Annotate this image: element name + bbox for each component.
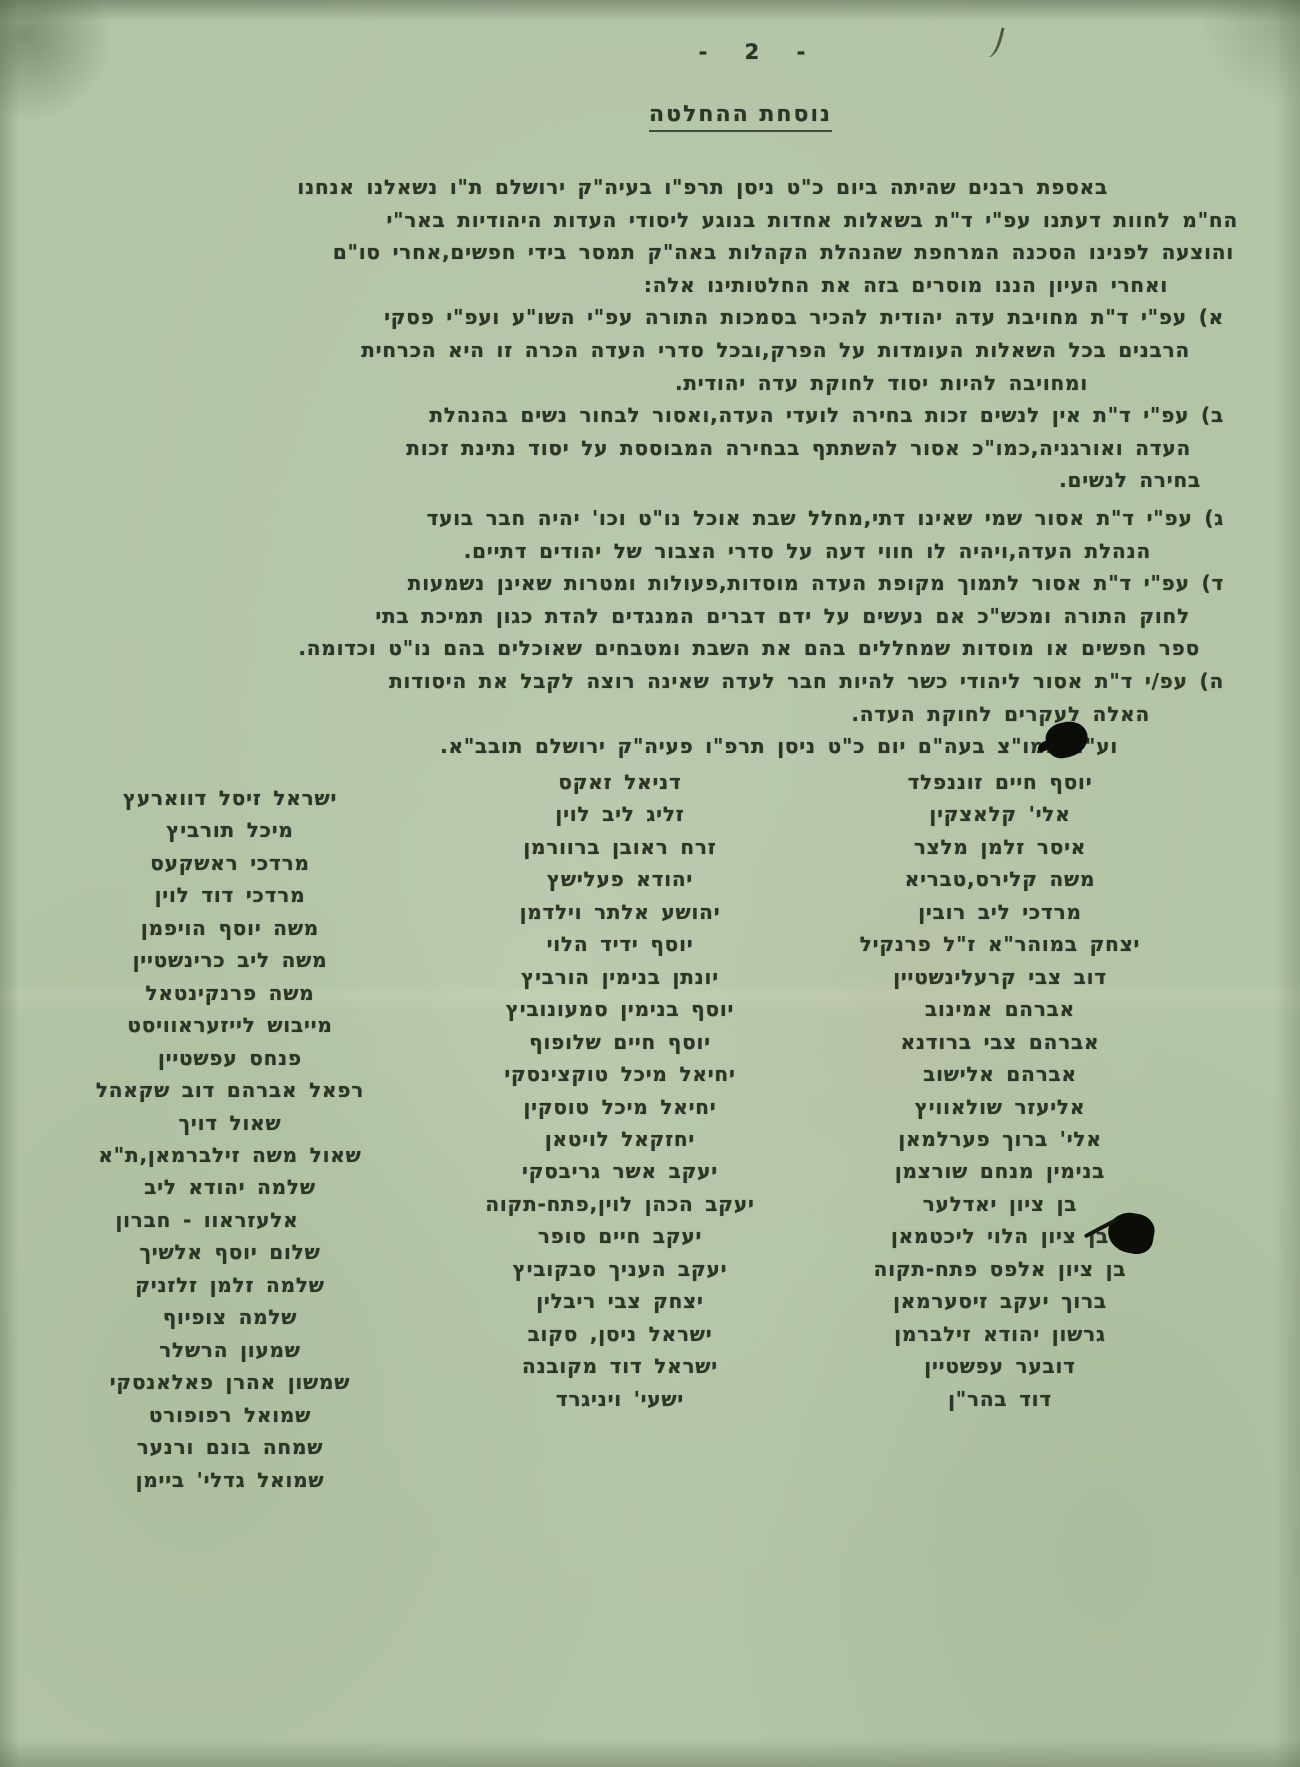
signature-name: שמעון הרשלר xyxy=(20,1334,440,1366)
signature-name: יחיאל מיכל טוסקין xyxy=(380,1091,860,1123)
signature-name: אלעזראוו - חברון xyxy=(20,1204,394,1236)
signature-name: יצחק צבי ריבלין xyxy=(380,1285,860,1317)
signature-name: יוסף ידיד הלוי xyxy=(380,928,860,960)
signature-name: יעקב העניך סבקוביץ xyxy=(380,1253,860,1285)
scanned-document-page: - 2 - נוסחת ההחלטה באספת רבנים שהיתה ביו… xyxy=(0,0,1300,1767)
signature-name: משה ליב כרינשטיין xyxy=(20,944,440,976)
decision-text: באספת רבנים שהיתה ביום כ"ט ניסן תרפ"ו בע… xyxy=(28,171,1238,763)
signature-name: ישראל זיסל דווארעץ xyxy=(20,782,440,814)
signature-name: שלמה זלמן זלזניק xyxy=(20,1269,440,1301)
signature-name: שאול משה זילברמאן,ת"א xyxy=(20,1139,440,1171)
signature-name: שמואל רפופורט xyxy=(20,1399,440,1431)
signature-name: שמחה בונם ורנער xyxy=(20,1431,440,1463)
pen-mark xyxy=(984,25,1004,59)
signature-name: שמשון אהרן פאלאנסקי xyxy=(20,1366,440,1398)
body-line: הנהלת העדה,ויהיה לו חווי דעה על סדרי הצב… xyxy=(28,535,1151,568)
body-line: ספר חפשים או מוסדות שמחללים בהם את השבת … xyxy=(28,632,1200,665)
signature-name: יהודא פעלישץ xyxy=(380,863,860,895)
signature-name: זליג ליב לוין xyxy=(380,798,860,830)
signature-name: דניאל זאקס xyxy=(380,766,860,798)
signature-name: ישראל ניסן, סקוב xyxy=(380,1318,860,1350)
signature-name: מייבוש לייזעראוויסט xyxy=(20,1009,440,1041)
signature-name: יחיאל מיכל טוקצינסקי xyxy=(380,1058,860,1090)
body-line-item-c: ג) עפ"י ד"ת אסור שמי שאינו דתי,מחלל שבת … xyxy=(28,502,1224,535)
signature-name: ישראל דוד מקובנה xyxy=(380,1350,860,1382)
signature-name: מרדכי ראשקעס xyxy=(20,847,440,879)
signature-name: יחזקאל לויטאן xyxy=(380,1123,860,1155)
body-line-closing: וע"ד אמו"צ בעה"ם יום כ"ט ניסן תרפ"ו פעיה… xyxy=(28,730,1118,763)
signature-name: משה פרנקינטאל xyxy=(20,977,440,1009)
signature-name: רפאל אברהם דוב שקאהל xyxy=(20,1074,440,1106)
signature-name: יונתן בנימין הורביץ xyxy=(380,961,860,993)
body-line-item-a: א) עפ"י ד"ת מחויבת עדה יהודית להכיר בסמכ… xyxy=(28,301,1224,334)
signature-name: יעקב אשר גריבסקי xyxy=(380,1155,860,1187)
signature-name: ישעי' ויניגרד xyxy=(380,1383,860,1415)
signature-name: שמואל גדלי' ביימן xyxy=(20,1464,440,1496)
body-line: הח"מ לחוות דעתנו עפ"י ד"ת בשאלות אחדות ב… xyxy=(28,204,1238,237)
body-line: בחירה לנשים. xyxy=(28,464,1201,497)
body-line: לחוק התורה ומכש"כ אם נעשים על ידם דברים … xyxy=(28,600,1190,633)
body-line-item-b: ב) עפ"י ד"ת אין לנשים זכות בחירה לועדי ה… xyxy=(28,399,1224,432)
signature-name: שלום יוסף אלשיך xyxy=(20,1236,440,1268)
body-line-item-d: ד) עפ"י ד"ת אסור לתמוך מקופת העדה מוסדות… xyxy=(28,567,1224,600)
body-line: והוצעה לפנינו הסכנה המרחפת שהנהלת הקהלות… xyxy=(28,236,1234,269)
signature-name: יעקב הכהן לוין,פתח-תקוה xyxy=(380,1188,860,1220)
body-line: ואחרי העיון הננו מוסרים בזה את החלטותינו… xyxy=(28,269,1168,302)
signature-name: יוסף בנימין סמעונוביץ xyxy=(380,993,860,1025)
body-line: ומחויבה להיות יסוד לחוקת עדה יהודית. xyxy=(28,367,1088,400)
document-title: נוסחת ההחלטה xyxy=(649,102,832,132)
signatures-column-left: ישראל זיסל דווארעץמיכל תורביץמרדכי ראשקע… xyxy=(20,782,440,1496)
signatures-column-middle: דניאל זאקסזליג ליב לויןזרח ראובן ברוורמן… xyxy=(380,766,860,1415)
signature-name: מרדכי דוד לוין xyxy=(20,879,440,911)
signature-name: זרח ראובן ברוורמן xyxy=(380,831,860,863)
body-line: הרבנים בכל השאלות העומדות על הפרק,ובכל ס… xyxy=(28,334,1190,367)
body-line: האלה לעקרים לחוקת העדה. xyxy=(28,698,1150,731)
signature-name: יוסף חיים שלופוף xyxy=(380,1026,860,1058)
signature-name: שאול דויך xyxy=(20,1107,440,1139)
body-line: העדה ואורגניה,כמו"כ אסור להשתתף בבחירה ה… xyxy=(28,432,1191,465)
signature-name: שלמה יהודא ליב xyxy=(20,1171,440,1203)
signature-name: משה יוסף הויפמן xyxy=(20,912,440,944)
signature-name: שלמה צופיוף xyxy=(20,1301,440,1333)
signature-name: מיכל תורביץ xyxy=(20,814,440,846)
page-number: - 2 - xyxy=(683,40,823,64)
signature-name: יעקב חיים סופר xyxy=(380,1220,860,1252)
signature-name: יהושע אלתר וילדמן xyxy=(380,896,860,928)
body-line: באספת רבנים שהיתה ביום כ"ט ניסן תרפ"ו בע… xyxy=(28,171,1108,204)
body-line-item-e: ה) עפ/י ד"ת אסור ליהודי כשר להיות חבר לע… xyxy=(28,665,1224,698)
signature-name: פנחס עפשטיין xyxy=(20,1042,440,1074)
